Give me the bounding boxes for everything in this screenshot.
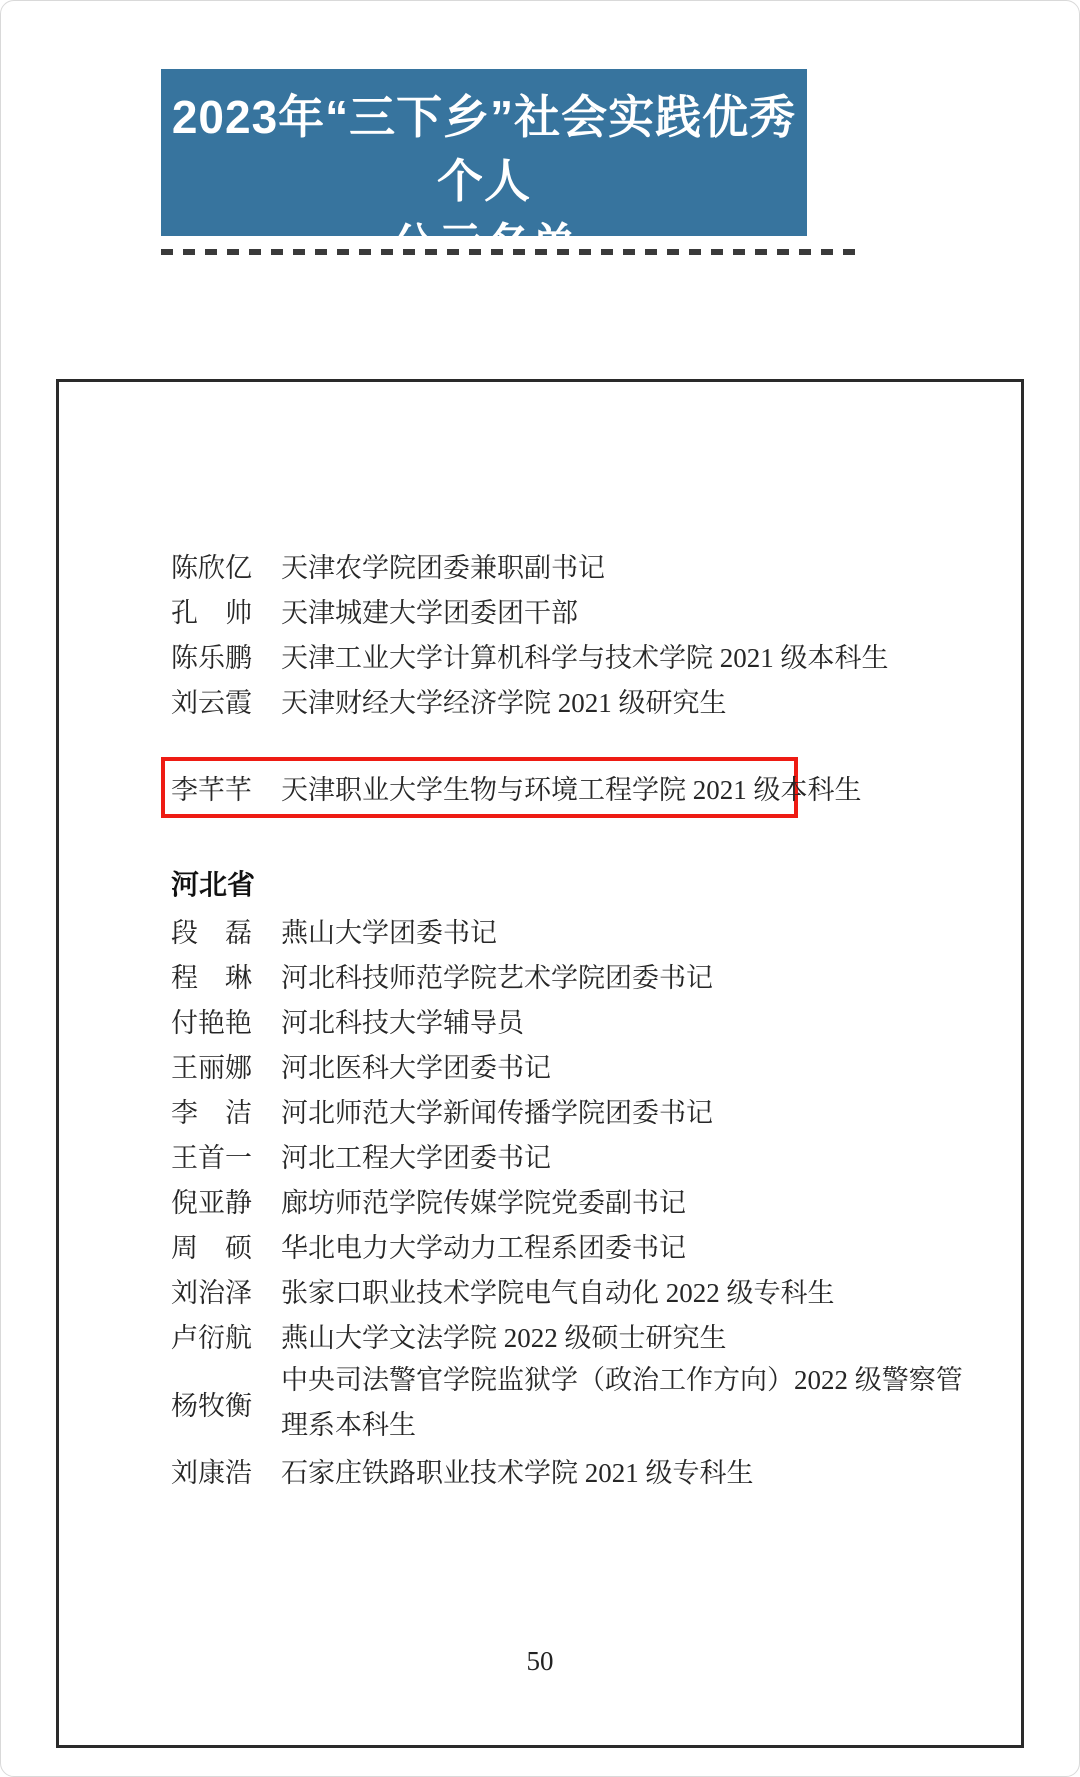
- highlight-box: 李芊芊 天津职业大学生物与环境工程学院 2021 级本科生: [161, 757, 798, 818]
- person-affiliation: 中央司法警官学院监狱学（政治工作方向）2022 级警察管理系本科生: [281, 1358, 981, 1448]
- person-name: 王首一: [171, 1136, 281, 1175]
- person-affiliation: 天津财经大学经济学院 2021 级研究生: [281, 681, 727, 720]
- person-affiliation: 燕山大学团委书记: [281, 911, 497, 950]
- person-affiliation: 廊坊师范学院传媒学院党委副书记: [281, 1181, 686, 1220]
- person-affiliation: 天津职业大学生物与环境工程学院 2021 级本科生: [281, 768, 862, 807]
- roster-row: 倪亚静 廊坊师范学院传媒学院党委副书记: [59, 1178, 1021, 1223]
- title-line-2: 公示名单: [161, 213, 807, 277]
- roster-box: 陈欣亿 天津农学院团委兼职副书记 孔 帅 天津城建大学团委团干部 陈乐鹏 天津工…: [56, 379, 1024, 1748]
- person-name: 陈欣亿: [171, 546, 281, 585]
- document-page: 2023年“三下乡”社会实践优秀个人 公示名单 陈欣亿 天津农学院团委兼职副书记…: [0, 0, 1080, 1777]
- person-name: 李芊芊: [171, 768, 281, 807]
- person-affiliation: 天津工业大学计算机科学与技术学院 2021 级本科生: [281, 636, 889, 675]
- person-affiliation: 张家口职业技术学院电气自动化 2022 级专科生: [281, 1271, 835, 1310]
- roster-row: 段 磊 燕山大学团委书记: [59, 908, 1021, 953]
- person-name: 李 洁: [171, 1091, 281, 1130]
- roster-row: 周 硕 华北电力大学动力工程系团委书记: [59, 1223, 1021, 1268]
- roster-row: 李 洁 河北师范大学新闻传播学院团委书记: [59, 1088, 1021, 1133]
- person-name: 杨牧衡: [171, 1384, 281, 1423]
- person-affiliation: 天津城建大学团委团干部: [281, 591, 578, 630]
- person-name: 刘治泽: [171, 1271, 281, 1310]
- dashed-divider: [161, 249, 861, 255]
- person-affiliation: 河北科技大学辅导员: [281, 1001, 524, 1040]
- person-name: 周 硕: [171, 1226, 281, 1265]
- person-affiliation: 河北科技师范学院艺术学院团委书记: [281, 956, 713, 995]
- roster-row: 刘康浩 石家庄铁路职业技术学院 2021 级专科生: [59, 1448, 1021, 1493]
- roster-row: 付艳艳 河北科技大学辅导员: [59, 998, 1021, 1043]
- person-affiliation: 河北工程大学团委书记: [281, 1136, 551, 1175]
- roster-row: 陈欣亿 天津农学院团委兼职副书记: [59, 543, 1021, 588]
- person-name: 倪亚静: [171, 1181, 281, 1220]
- roster-row: 王丽娜 河北医科大学团委书记: [59, 1043, 1021, 1088]
- person-name: 程 琳: [171, 956, 281, 995]
- person-name: 刘云霞: [171, 681, 281, 720]
- roster-row: 王首一 河北工程大学团委书记: [59, 1133, 1021, 1178]
- roster-row-two-line: 杨牧衡 中央司法警官学院监狱学（政治工作方向）2022 级警察管理系本科生: [59, 1358, 1021, 1448]
- roster-row: 刘治泽 张家口职业技术学院电气自动化 2022 级专科生: [59, 1268, 1021, 1313]
- roster-row: 卢衍航 燕山大学文法学院 2022 级硕士研究生: [59, 1313, 1021, 1358]
- roster-row: 陈乐鹏 天津工业大学计算机科学与技术学院 2021 级本科生: [59, 633, 1021, 678]
- person-name: 孔 帅: [171, 591, 281, 630]
- person-affiliation: 华北电力大学动力工程系团委书记: [281, 1226, 686, 1265]
- person-affiliation: 天津农学院团委兼职副书记: [281, 546, 605, 585]
- title-banner: 2023年“三下乡”社会实践优秀个人 公示名单: [161, 69, 807, 236]
- person-affiliation: 燕山大学文法学院 2022 级硕士研究生: [281, 1316, 727, 1355]
- person-name: 刘康浩: [171, 1451, 281, 1490]
- person-name: 陈乐鹏: [171, 636, 281, 675]
- person-name: 付艳艳: [171, 1001, 281, 1040]
- person-affiliation: 河北师范大学新闻传播学院团委书记: [281, 1091, 713, 1130]
- person-name: 王丽娜: [171, 1046, 281, 1085]
- roster-row: 程 琳 河北科技师范学院艺术学院团委书记: [59, 953, 1021, 998]
- roster-row: 刘云霞 天津财经大学经济学院 2021 级研究生: [59, 678, 1021, 723]
- title-line-1: 2023年“三下乡”社会实践优秀个人: [161, 85, 807, 213]
- person-name: 卢衍航: [171, 1316, 281, 1355]
- region-header: 河北省: [59, 863, 1021, 908]
- person-affiliation: 河北医科大学团委书记: [281, 1046, 551, 1085]
- roster-row: 孔 帅 天津城建大学团委团干部: [59, 588, 1021, 633]
- person-name: 段 磊: [171, 911, 281, 950]
- page-number: 50: [1, 1639, 1079, 1684]
- roster-row-highlighted: 李芊芊 天津职业大学生物与环境工程学院 2021 级本科生: [165, 768, 794, 807]
- person-affiliation: 石家庄铁路职业技术学院 2021 级专科生: [281, 1451, 754, 1490]
